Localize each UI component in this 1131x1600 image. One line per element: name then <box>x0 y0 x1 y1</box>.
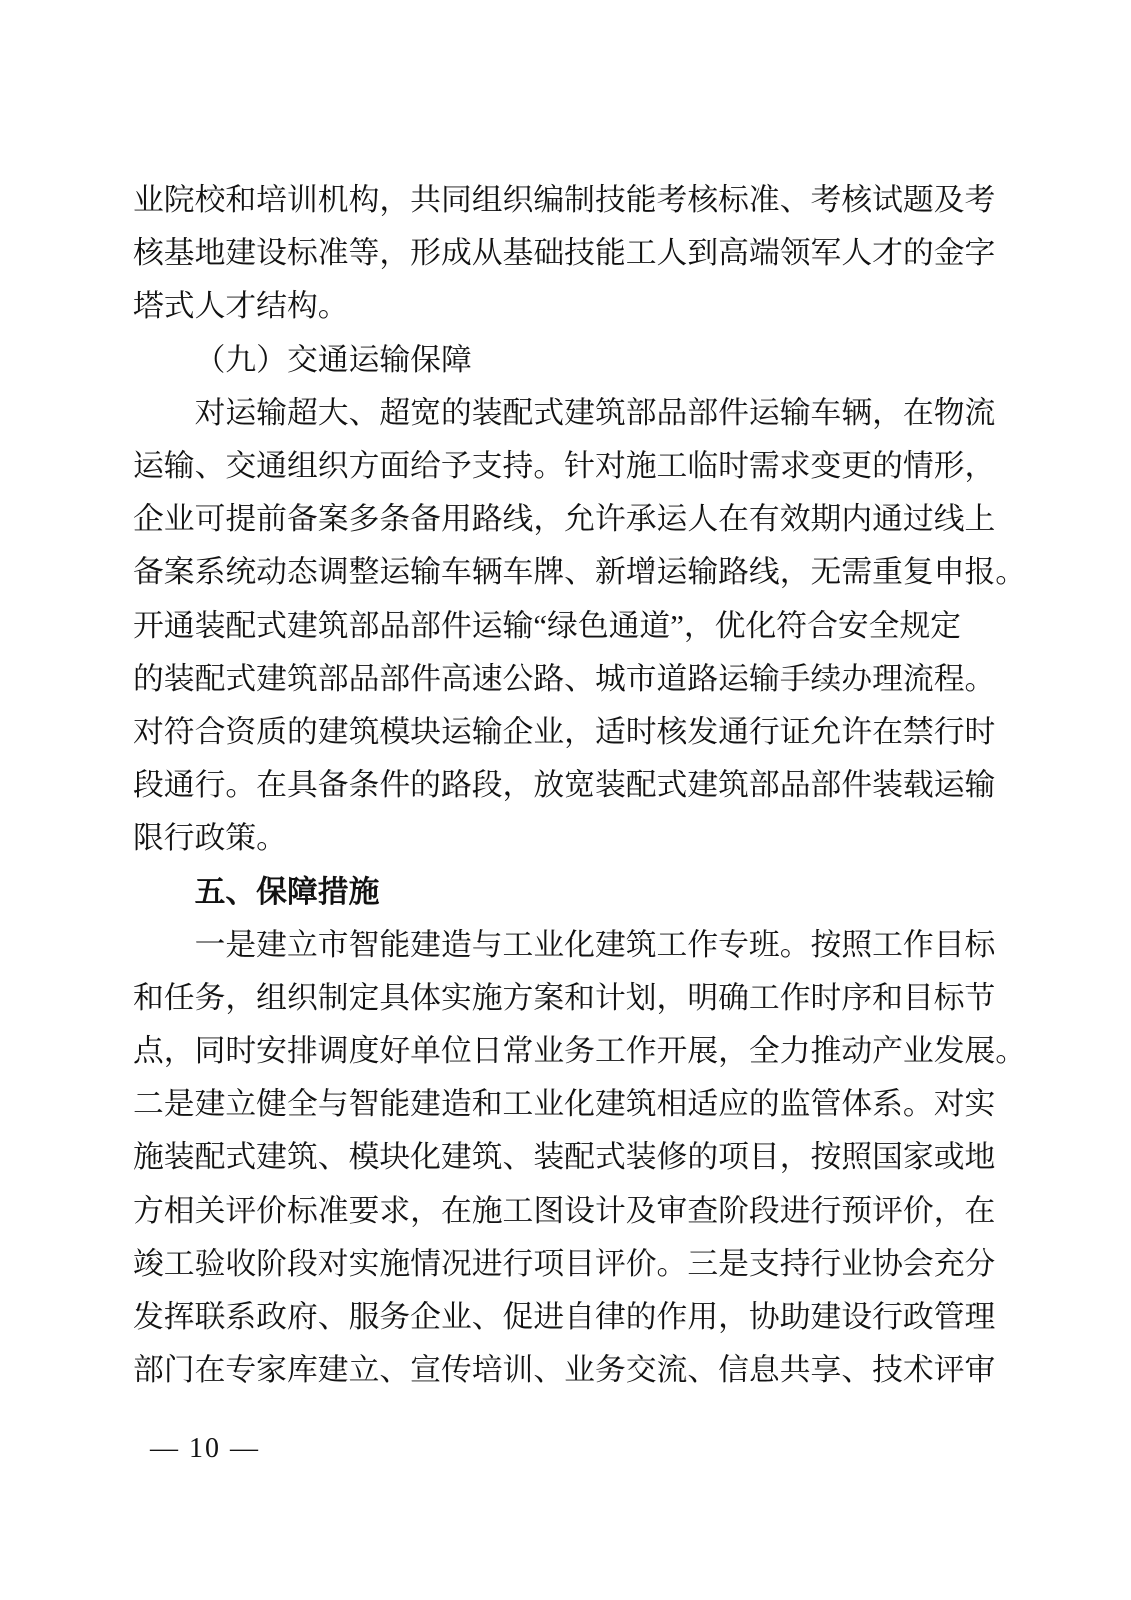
text-line: 业院校和培训机构，共同组织编制技能考核标准、考核试题及考 <box>133 174 999 227</box>
text-line: 的装配式建筑部品部件高速公路、城市道路运输手续办理流程。 <box>133 653 999 706</box>
text-line: 备案系统动态调整运输车辆车牌、新增运输路线，无需重复申报。 <box>133 546 999 599</box>
text-line: 施装配式建筑、模块化建筑、装配式装修的项目，按照国家或地 <box>133 1131 999 1184</box>
text-line: 部门在专家库建立、宣传培训、业务交流、信息共享、技术评审 <box>133 1344 999 1397</box>
text-line: 对运输超大、超宽的装配式建筑部品部件运输车辆，在物流 <box>133 387 999 440</box>
text-line: 限行政策。 <box>133 812 999 865</box>
text-line: 开通装配式建筑部品部件运输“绿色通道”，优化符合安全规定 <box>133 600 999 653</box>
section-heading-9: （九）交通运输保障 <box>133 334 999 387</box>
text-line: 和任务，组织制定具体实施方案和计划，明确工作时序和目标节 <box>133 972 999 1025</box>
text-line: 二是建立健全与智能建造和工业化建筑相适应的监管体系。对实 <box>133 1078 999 1131</box>
page-number: — 10 — <box>150 1433 260 1464</box>
text-line: 对符合资质的建筑模块运输企业，适时核发通行证允许在禁行时 <box>133 706 999 759</box>
text-line: 竣工验收阶段对实施情况进行项目评价。三是支持行业协会充分 <box>133 1238 999 1291</box>
text-line: 运输、交通组织方面给予支持。针对施工临时需求变更的情形， <box>133 440 999 493</box>
text-line: 段通行。在具备条件的路段，放宽装配式建筑部品部件装载运输 <box>133 759 999 812</box>
text-line: 一是建立市智能建造与工业化建筑工作专班。按照工作目标 <box>133 919 999 972</box>
text-line: 核基地建设标准等，形成从基础技能工人到高端领军人才的金字 <box>133 227 999 280</box>
section-heading-5: 五、保障措施 <box>133 865 999 918</box>
text-line: 塔式人才结构。 <box>133 280 999 333</box>
document-page: 业院校和培训机构，共同组织编制技能考核标准、考核试题及考 核基地建设标准等，形成… <box>0 0 1131 1600</box>
document-body: 业院校和培训机构，共同组织编制技能考核标准、考核试题及考 核基地建设标准等，形成… <box>133 174 999 1397</box>
text-line: 点，同时安排调度好单位日常业务工作开展，全力推动产业发展。 <box>133 1025 999 1078</box>
text-line: 企业可提前备案多条备用路线，允许承运人在有效期内通过线上 <box>133 493 999 546</box>
text-line: 发挥联系政府、服务企业、促进自律的作用，协助建设行政管理 <box>133 1291 999 1344</box>
page-footer: — 10 — <box>150 1429 260 1469</box>
text-line: 方相关评价标准要求，在施工图设计及审查阶段进行预评价，在 <box>133 1185 999 1238</box>
